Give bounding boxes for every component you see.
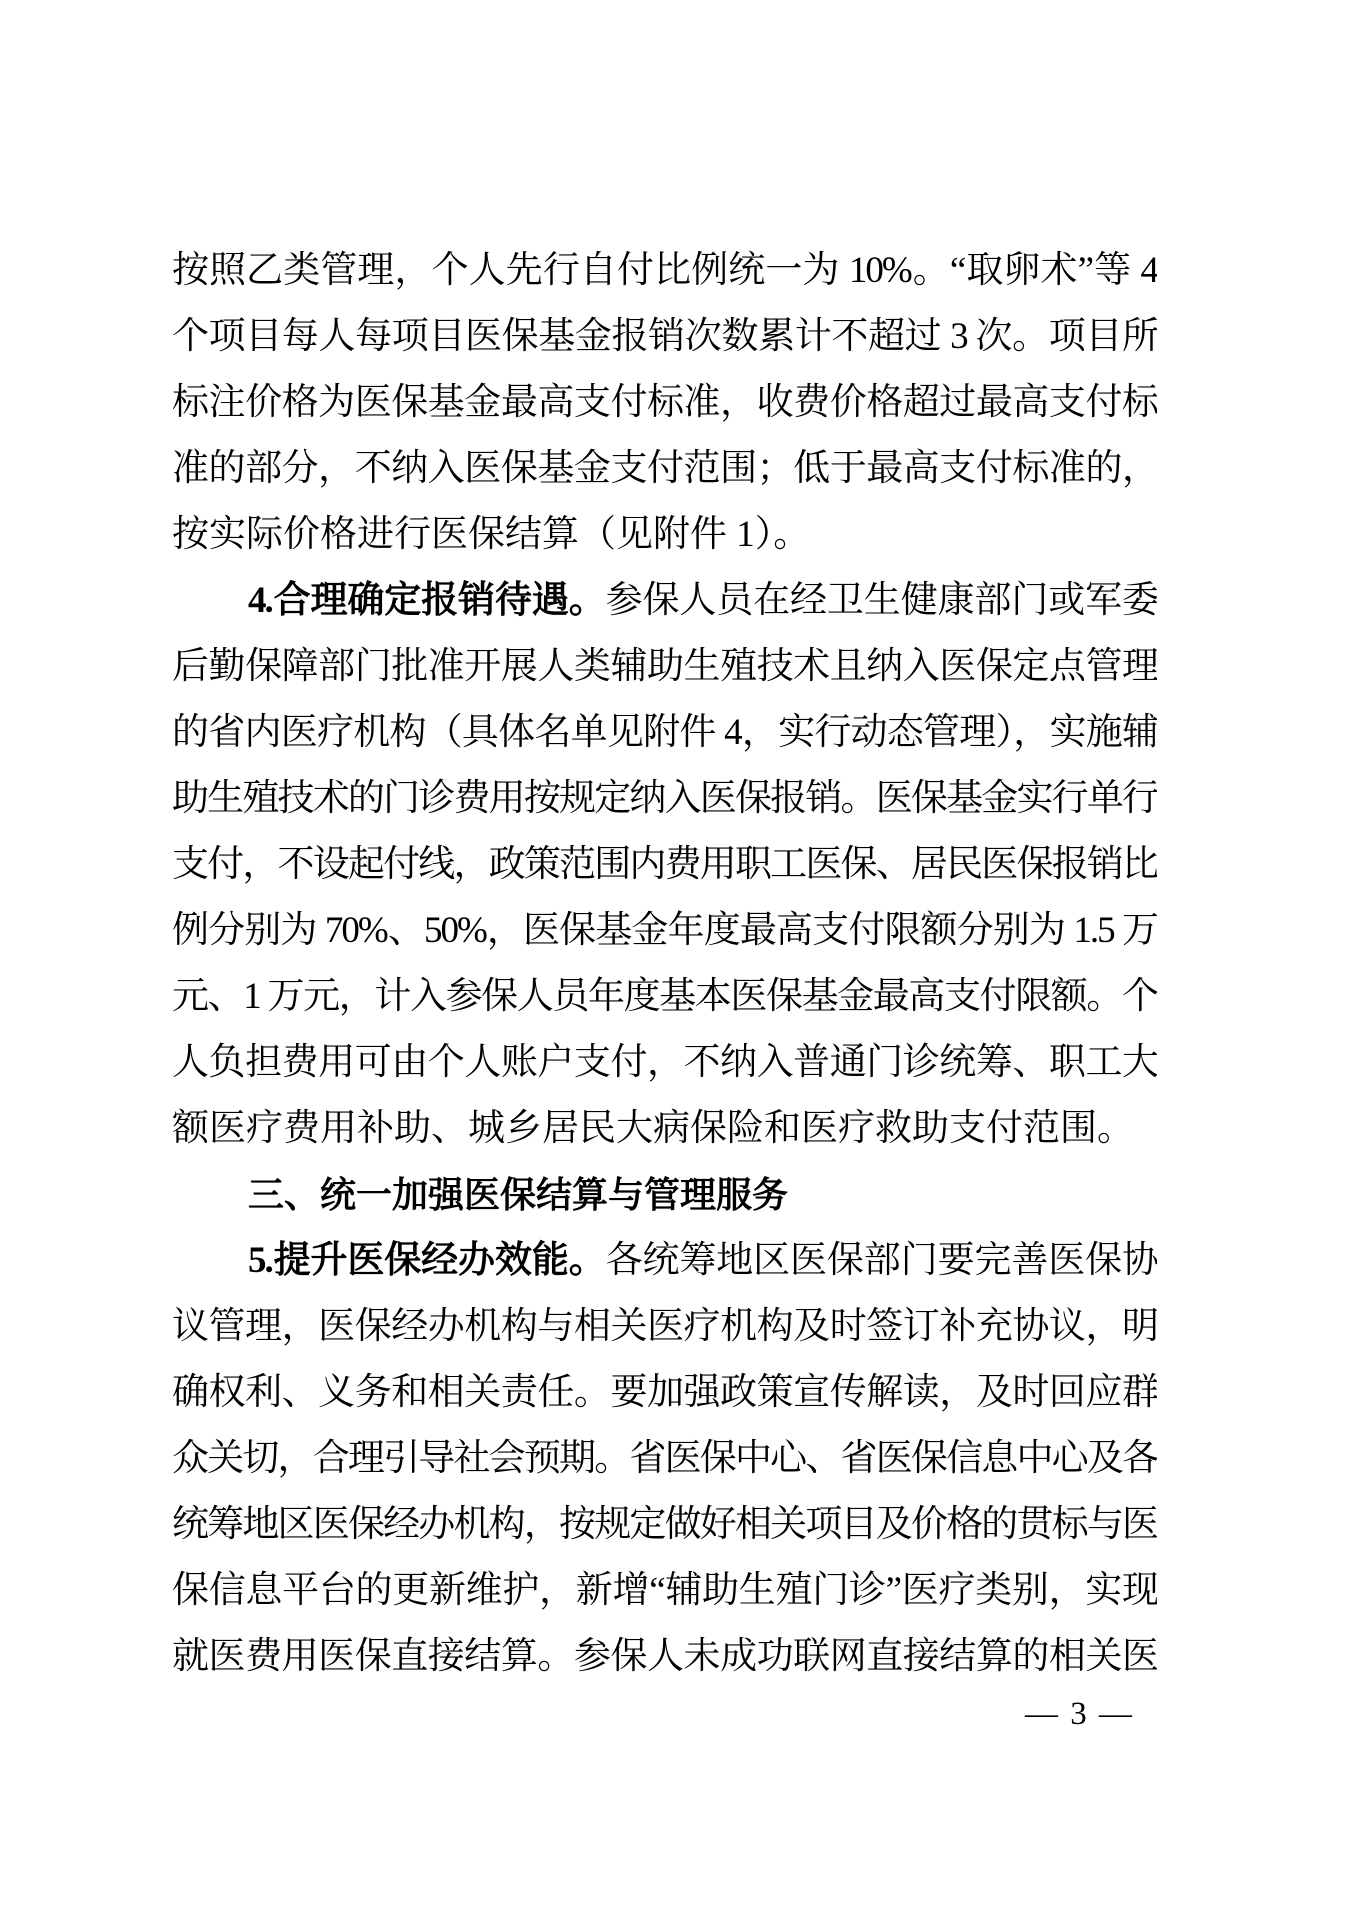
document-page: 按照乙类管理，个人先行自付比例统一为 10%。“取卵术”等 4个项目每人每项目医… (0, 0, 1356, 1917)
text-line: 统筹地区医保经办机构，按规定做好相关项目及价格的贯标与医 (172, 1492, 1157, 1558)
body-text-run: 的省内医疗机构（具体名单见附件 4，实行动态管理），实施辅 (172, 712, 1157, 753)
text-line: 按照乙类管理，个人先行自付比例统一为 10%。“取卵术”等 4 (172, 238, 1157, 304)
body-text-run: 议管理，医保经办机构与相关医疗机构及时签订补充协议，明 (172, 1306, 1157, 1347)
text-line: 额医疗费用补助、城乡居民大病保险和医疗救助支付范围。 (172, 1096, 1157, 1162)
item-lead-text: 5.提升医保经办效能。 (248, 1240, 606, 1281)
text-line: 准的部分，不纳入医保基金支付范围；低于最高支付标准的， (172, 436, 1157, 502)
body-text-run: 例分别为 70%、50%，医保基金年度最高支付限额分别为 1.5 万 (172, 910, 1157, 951)
body-text-run: 准的部分，不纳入医保基金支付范围；低于最高支付标准的， (172, 448, 1157, 489)
body-text-run: 确权利、义务和相关责任。要加强政策宣传解读，及时回应群 (172, 1372, 1157, 1413)
body-text-run: 保信息平台的更新维护，新增“辅助生殖门诊”医疗类别，实现 (172, 1570, 1157, 1611)
text-line: 支付，不设起付线，政策范围内费用职工医保、居民医保报销比 (172, 832, 1157, 898)
text-line: 例分别为 70%、50%，医保基金年度最高支付限额分别为 1.5 万 (172, 898, 1157, 964)
text-line: 的省内医疗机构（具体名单见附件 4，实行动态管理），实施辅 (172, 700, 1157, 766)
body-text-run: 标注价格为医保基金最高支付标准，收费价格超过最高支付标 (172, 382, 1157, 423)
text-line: 助生殖技术的门诊费用按规定纳入医保报销。医保基金实行单行 (172, 766, 1157, 832)
text-line: 就医费用医保直接结算。参保人未成功联网直接结算的相关医 (172, 1624, 1157, 1690)
body-text-run: 后勤保障部门批准开展人类辅助生殖技术且纳入医保定点管理 (172, 646, 1157, 687)
body-text-run: 按照乙类管理，个人先行自付比例统一为 10%。“取卵术”等 4 (172, 250, 1157, 291)
text-line: 按实际价格进行医保结算（见附件 1）。 (172, 502, 1157, 568)
text-line: 人负担费用可由个人账户支付，不纳入普通门诊统筹、职工大 (172, 1030, 1157, 1096)
body-text-run: 各统筹地区医保部门要完善医保协 (606, 1240, 1157, 1281)
item-lead-text: 4.合理确定报销待遇。 (248, 580, 606, 621)
text-line: 众关切，合理引导社会预期。省医保中心、省医保信息中心及各 (172, 1426, 1157, 1492)
body-text-run: 众关切，合理引导社会预期。省医保中心、省医保信息中心及各 (172, 1438, 1157, 1479)
text-line: 确权利、义务和相关责任。要加强政策宣传解读，及时回应群 (172, 1360, 1157, 1426)
section-heading-text: 三、统一加强医保结算与管理服务 (248, 1174, 788, 1215)
body-text-run: 参保人员在经卫生健康部门或军委 (606, 580, 1157, 621)
body-text-run: 额医疗费用补助、城乡居民大病保险和医疗救助支付范围。 (172, 1108, 1134, 1149)
body-text-run: 按实际价格进行医保结算（见附件 1）。 (172, 514, 810, 555)
document-body: 按照乙类管理，个人先行自付比例统一为 10%。“取卵术”等 4个项目每人每项目医… (172, 238, 1157, 1690)
page-number: — 3 — (1025, 1692, 1134, 1736)
text-line: 保信息平台的更新维护，新增“辅助生殖门诊”医疗类别，实现 (172, 1558, 1157, 1624)
text-line: 4.合理确定报销待遇。参保人员在经卫生健康部门或军委 (172, 568, 1157, 634)
text-line: 5.提升医保经办效能。各统筹地区医保部门要完善医保协 (172, 1228, 1157, 1294)
body-text-run: 支付，不设起付线，政策范围内费用职工医保、居民医保报销比 (172, 844, 1157, 885)
text-line: 个项目每人每项目医保基金报销次数累计不超过 3 次。项目所 (172, 304, 1157, 370)
body-text-run: 元、1 万元，计入参保人员年度基本医保基金最高支付限额。个 (172, 976, 1157, 1017)
body-text-run: 个项目每人每项目医保基金报销次数累计不超过 3 次。项目所 (172, 316, 1157, 357)
body-text-run: 统筹地区医保经办机构，按规定做好相关项目及价格的贯标与医 (172, 1504, 1157, 1545)
body-text-run: 助生殖技术的门诊费用按规定纳入医保报销。医保基金实行单行 (172, 778, 1157, 819)
body-text-run: 人负担费用可由个人账户支付，不纳入普通门诊统筹、职工大 (172, 1042, 1157, 1083)
text-line: 后勤保障部门批准开展人类辅助生殖技术且纳入医保定点管理 (172, 634, 1157, 700)
text-line: 标注价格为医保基金最高支付标准，收费价格超过最高支付标 (172, 370, 1157, 436)
text-line: 元、1 万元，计入参保人员年度基本医保基金最高支付限额。个 (172, 964, 1157, 1030)
text-line: 议管理，医保经办机构与相关医疗机构及时签订补充协议，明 (172, 1294, 1157, 1360)
text-line: 三、统一加强医保结算与管理服务 (172, 1162, 1157, 1228)
body-text-run: 就医费用医保直接结算。参保人未成功联网直接结算的相关医 (172, 1636, 1157, 1677)
